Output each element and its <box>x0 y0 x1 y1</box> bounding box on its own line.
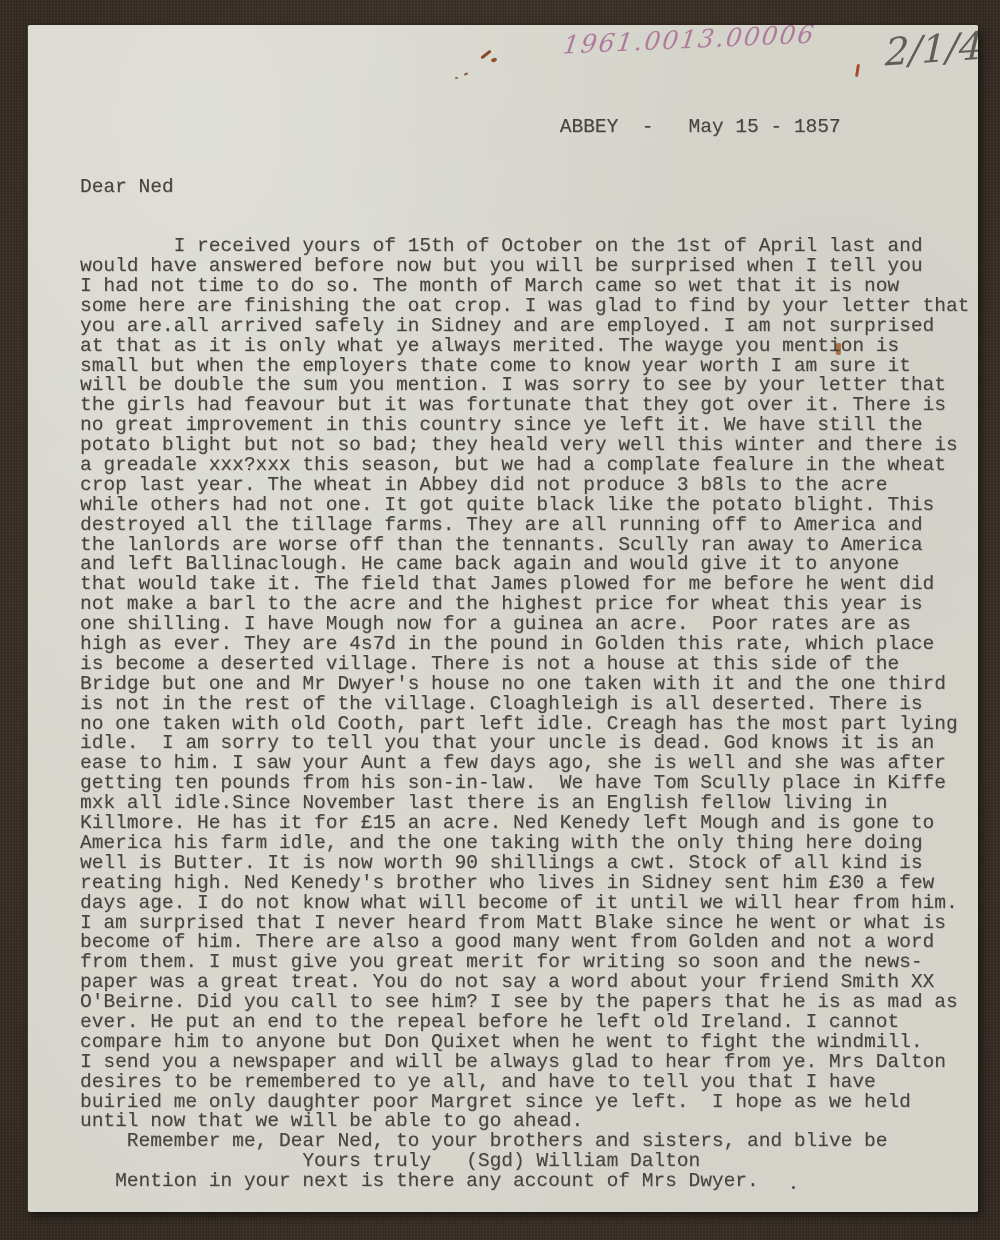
letter-line: America his farm idle, and the one takin… <box>80 834 976 854</box>
dateline: ABBEY - May 15 - 1857 <box>80 118 976 138</box>
letter-line: a greadale xxx?xxx this season, but we h… <box>80 456 976 476</box>
salutation: Dear Ned <box>80 178 976 198</box>
letter-line: destroyed all the tillage farms. They ar… <box>80 516 976 536</box>
letter-line: compare him to anyone but Don Quixet whe… <box>80 1033 976 1053</box>
typed-text: ABBEY - May 15 - 1857 Dear Ned I receive… <box>80 78 976 1212</box>
letter-line: ever. He put an end to the repeal before… <box>80 1013 976 1033</box>
ink-speck <box>464 72 468 76</box>
ink-speck <box>490 57 497 63</box>
ink-speck <box>480 50 491 60</box>
letter-line: is become a deserted village. There is n… <box>80 655 976 675</box>
letter-line: I send you a newspaper and will be alway… <box>80 1053 976 1073</box>
letter-line: well is Butter. It is now worth 90 shill… <box>80 854 976 874</box>
accession-number-handwritten: 1961.0013.00006 <box>561 25 817 60</box>
letter-line: O'Beirne. Did you call to see him? I see… <box>80 993 976 1013</box>
letter-line: days age. I do not know what will become… <box>80 894 976 914</box>
letter-line: Mention in your next is there any accoun… <box>80 1172 976 1192</box>
letter-line: is not in the rest of the village. Cloag… <box>80 695 976 715</box>
letter-line: at that as it is only what ye always mer… <box>80 337 976 357</box>
letter-line: crop last year. The wheat in Abbey did n… <box>80 476 976 496</box>
letter-line: high as ever. They are 4s7d in the pound… <box>80 635 976 655</box>
letter-line: Bridge but one and Mr Dwyer's house no o… <box>80 675 976 695</box>
letter-line: I had not time to do so. The month of Ma… <box>80 277 976 297</box>
letter-line: reating high. Ned Kenedy's brother who l… <box>80 874 976 894</box>
letter-line: while others had not one. It got quite b… <box>80 496 976 516</box>
letter-body: I received yours of 15th of October on t… <box>80 237 976 1192</box>
letter-line: Killmore. He has it for £15 an acre. Ned… <box>80 814 976 834</box>
letter-line: some here are finishing the oat crop. I … <box>80 297 976 317</box>
page-ref-pencil: 2/1/4 <box>884 25 978 75</box>
letter-page: 1961.0013.00006 2/1/4 ABBEY - May 15 - 1… <box>28 25 978 1212</box>
letter-line: desires to be remembered to ye all, and … <box>80 1073 976 1093</box>
red-ink-mark <box>855 64 860 77</box>
letter-line: you are.all arrived safely in Sidney and… <box>80 317 976 337</box>
